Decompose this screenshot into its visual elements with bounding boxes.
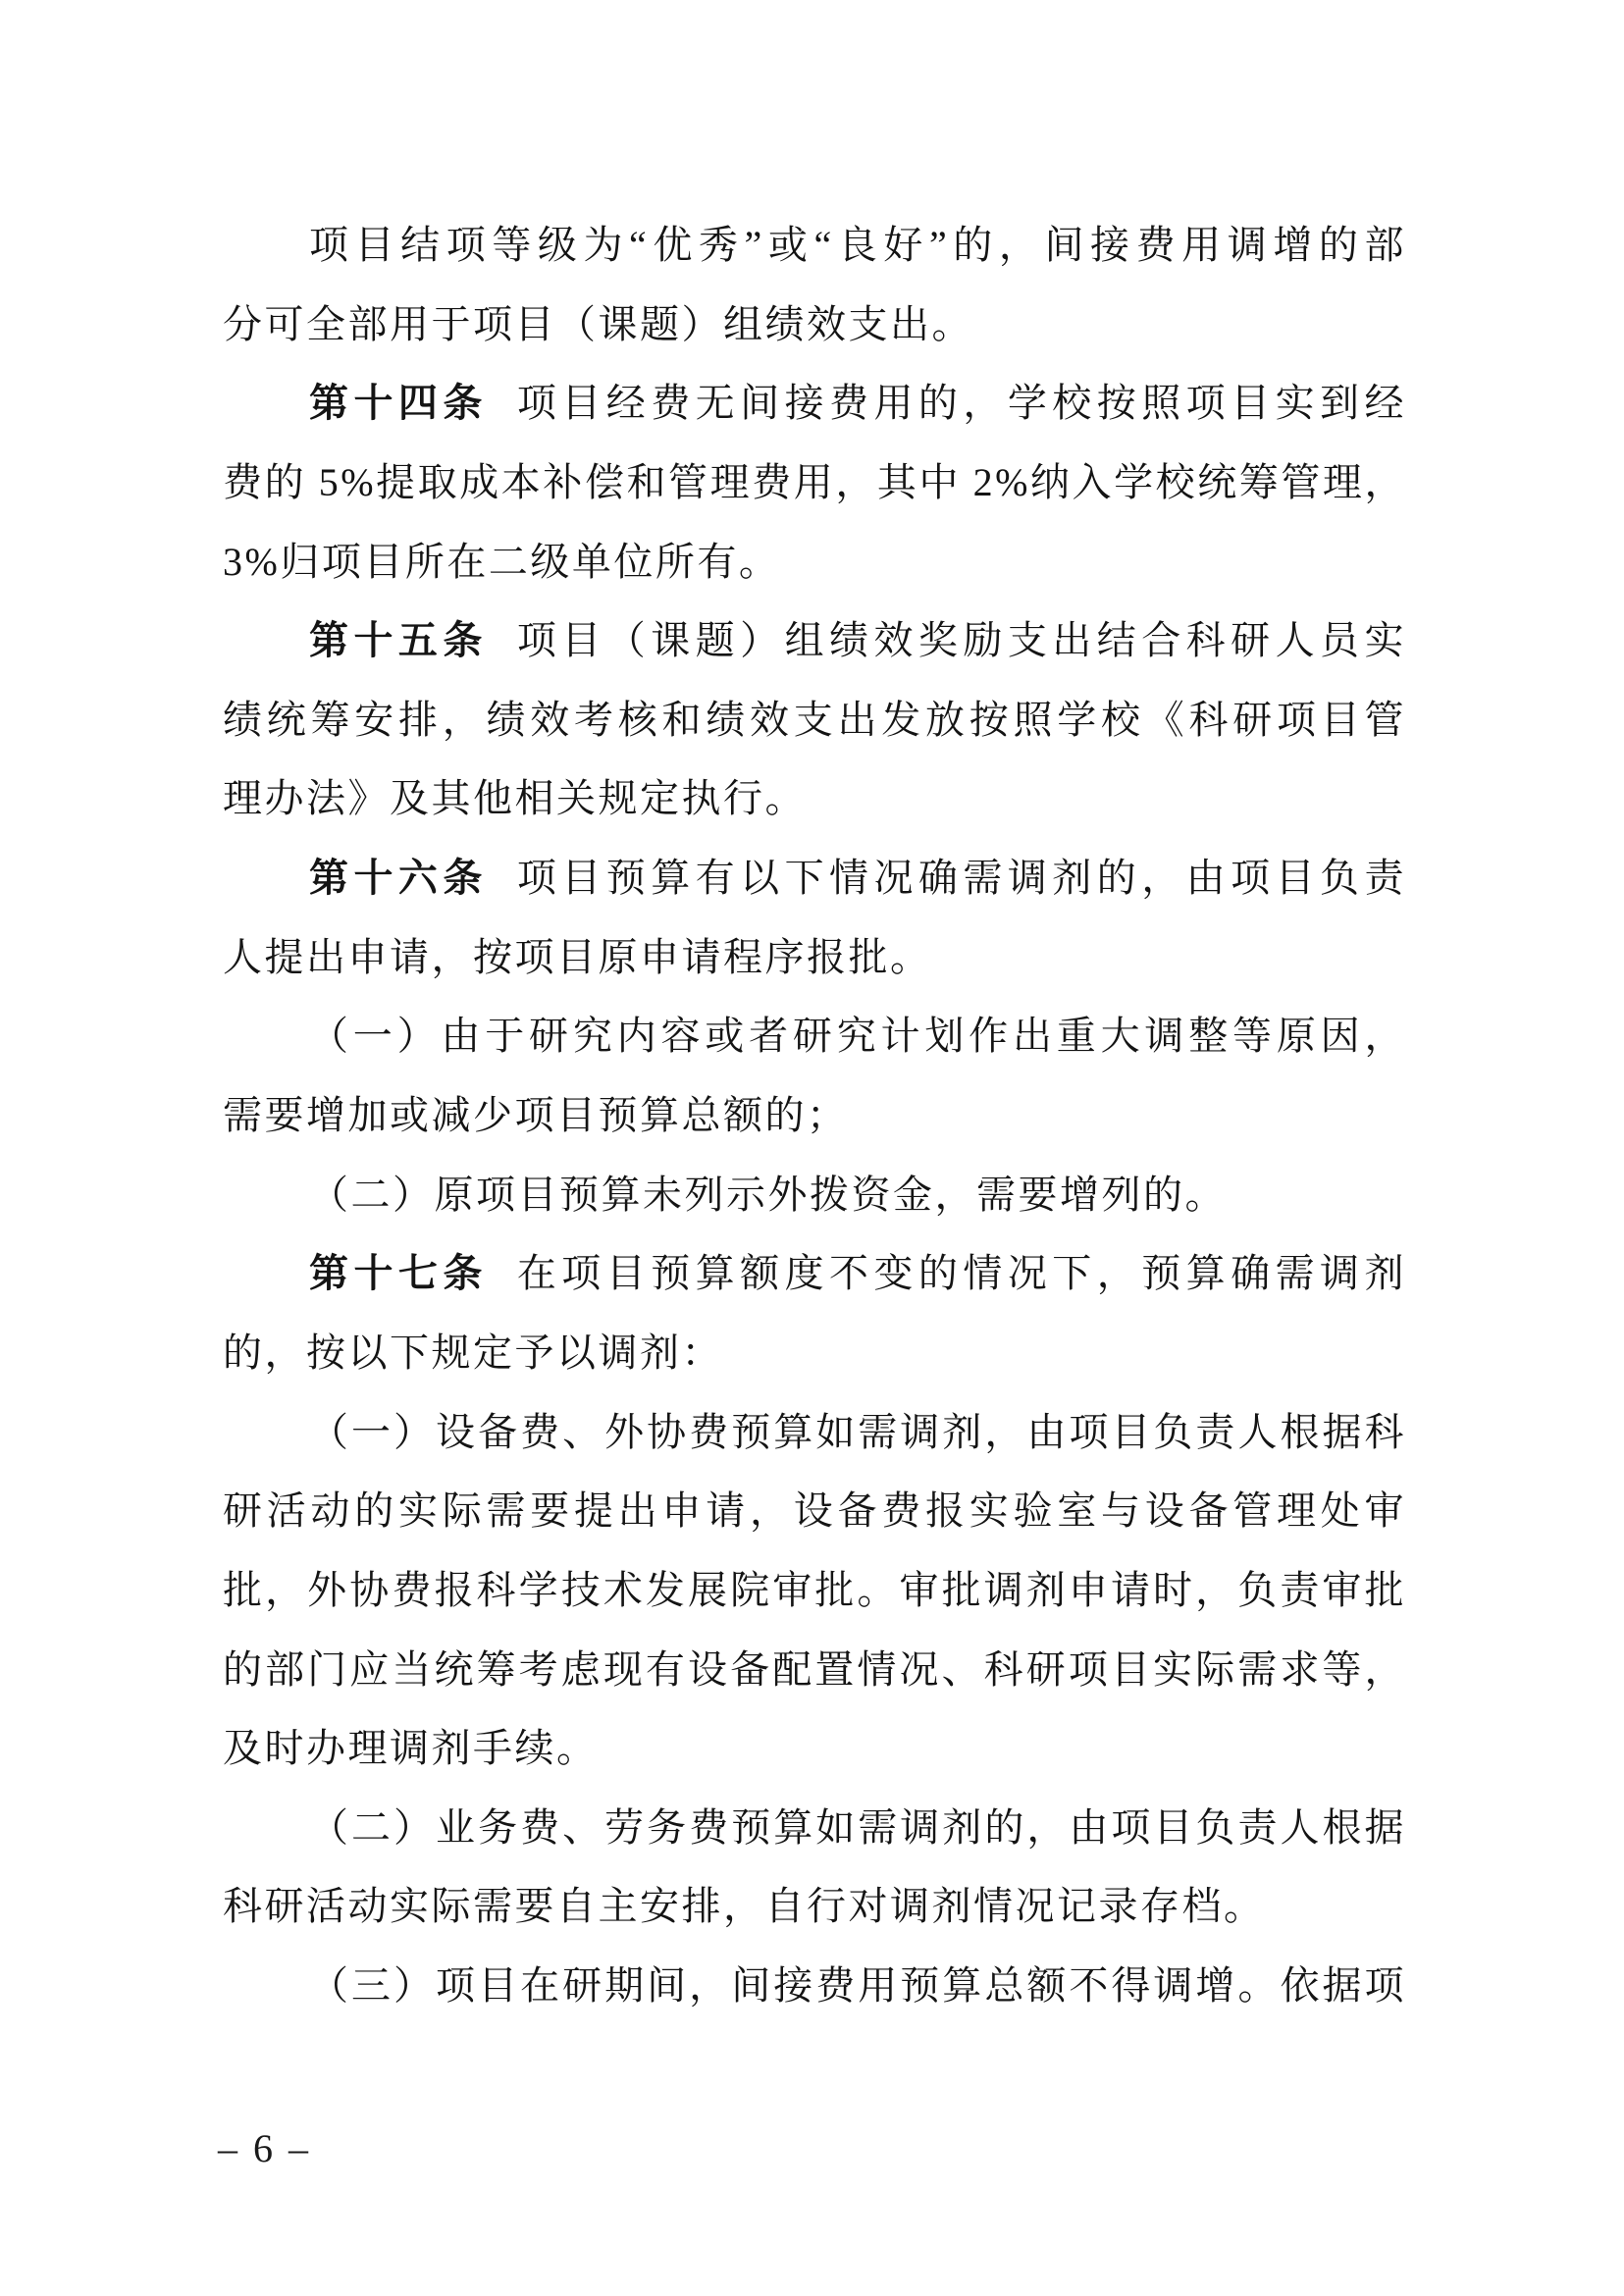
text-line: 费的 5%提取成本补偿和管理费用，其中 2%纳入学校统筹管理，: [223, 444, 1406, 523]
text-line: （二）原项目预算未列示外拨资金，需要增列的。: [223, 1156, 1406, 1235]
line-text: 需要增加或减少项目预算总额的；: [223, 1093, 849, 1137]
text-line: 分可全部用于项目（课题）组绩效支出。: [223, 286, 1406, 365]
line-text: 理办法》及其他相关规定执行。: [223, 776, 807, 820]
text-line: 绩统筹安排，绩效考核和绩效支出发放按照学校《科研项目管: [223, 681, 1406, 760]
text-line: 理办法》及其他相关规定执行。: [223, 759, 1406, 839]
text-line: 人提出申请，按项目原申请程序报批。: [223, 918, 1406, 998]
line-text: （二）业务费、劳务费预算如需调剂的，由项目负责人根据: [309, 1805, 1406, 1850]
line-text: 及时办理调剂手续。: [223, 1726, 599, 1770]
line-text: 的部门应当统筹考虑现有设备配置情况、科研项目实际需求等，: [223, 1647, 1406, 1692]
text-line: （一）设备费、外协费预算如需调剂，由项目负责人根据科: [223, 1393, 1406, 1473]
article-number: 第十五条: [309, 618, 488, 662]
line-text: （一）设备费、外协费预算如需调剂，由项目负责人根据科: [309, 1410, 1406, 1454]
line-text: 费的 5%提取成本补偿和管理费用，其中 2%纳入学校统筹管理，: [223, 460, 1406, 504]
line-text: 分可全部用于项目（课题）组绩效支出。: [223, 302, 973, 346]
article-number: 第十七条: [309, 1251, 488, 1295]
line-text: （二）原项目预算未列示外拨资金，需要增列的。: [309, 1173, 1227, 1217]
line-text: （三）项目在研期间，间接费用预算总额不得调增。依据项: [309, 1963, 1406, 2008]
page-number: – 6 –: [218, 2119, 311, 2178]
line-text: 的，按以下规定予以调剂：: [223, 1331, 723, 1375]
line-text: 项目经费无间接费用的，学校按照项目实到经: [517, 381, 1406, 425]
line-text: 人提出申请，按项目原申请程序报批。: [223, 935, 932, 979]
line-text: 绩统筹安排，绩效考核和绩效支出发放按照学校《科研项目管: [223, 698, 1406, 742]
line-text: 在项目预算额度不变的情况下，预算确需调剂: [517, 1251, 1406, 1295]
text-line: 研活动的实际需要提出申请，设备费报实验室与设备管理处审: [223, 1472, 1406, 1551]
line-text: 项目（课题）组绩效奖励支出结合科研人员实: [517, 618, 1406, 662]
text-line: 3%归项目所在二级单位所有。: [223, 523, 1406, 602]
text-line: （二）业务费、劳务费预算如需调剂的，由项目负责人根据: [223, 1789, 1406, 1868]
text-line: 的，按以下规定予以调剂：: [223, 1314, 1406, 1393]
document-body: 项目结项等级为“优秀”或“良好”的，间接费用调增的部分可全部用于项目（课题）组绩…: [223, 206, 1406, 2026]
text-line: 项目结项等级为“优秀”或“良好”的，间接费用调增的部: [223, 206, 1406, 286]
line-text: 批，外协费报科学技术发展院审批。审批调剂申请时，负责审批: [223, 1568, 1406, 1612]
text-line: 第十六条项目预算有以下情况确需调剂的，由项目负责: [223, 839, 1406, 918]
line-text: （一）由于研究内容或者研究计划作出重大调整等原因，: [309, 1014, 1406, 1058]
text-line: 及时办理调剂手续。: [223, 1709, 1406, 1789]
text-line: 第十四条项目经费无间接费用的，学校按照项目实到经: [223, 364, 1406, 444]
text-line: （三）项目在研期间，间接费用预算总额不得调增。依据项: [223, 1947, 1406, 2026]
article-number: 第十四条: [309, 381, 488, 425]
line-text: 3%归项目所在二级单位所有。: [223, 540, 780, 584]
line-text: 科研活动实际需要自主安排，自行对调剂情况记录存档。: [223, 1884, 1266, 1928]
document-page: 项目结项等级为“优秀”或“良好”的，间接费用调增的部分可全部用于项目（课题）组绩…: [0, 0, 1624, 2296]
line-text: 研活动的实际需要提出申请，设备费报实验室与设备管理处审: [223, 1488, 1406, 1533]
text-line: 科研活动实际需要自主安排，自行对调剂情况记录存档。: [223, 1867, 1406, 1947]
text-line: 批，外协费报科学技术发展院审批。审批调剂申请时，负责审批: [223, 1551, 1406, 1631]
text-line: 的部门应当统筹考虑现有设备配置情况、科研项目实际需求等，: [223, 1631, 1406, 1710]
article-number: 第十六条: [309, 856, 488, 900]
text-line: （一）由于研究内容或者研究计划作出重大调整等原因，: [223, 997, 1406, 1076]
line-text: 项目预算有以下情况确需调剂的，由项目负责: [517, 856, 1406, 900]
text-line: 需要增加或减少项目预算总额的；: [223, 1076, 1406, 1156]
line-text: 项目结项等级为“优秀”或“良好”的，间接费用调增的部: [309, 223, 1406, 267]
text-line: 第十七条在项目预算额度不变的情况下，预算确需调剂: [223, 1234, 1406, 1314]
text-line: 第十五条项目（课题）组绩效奖励支出结合科研人员实: [223, 601, 1406, 681]
